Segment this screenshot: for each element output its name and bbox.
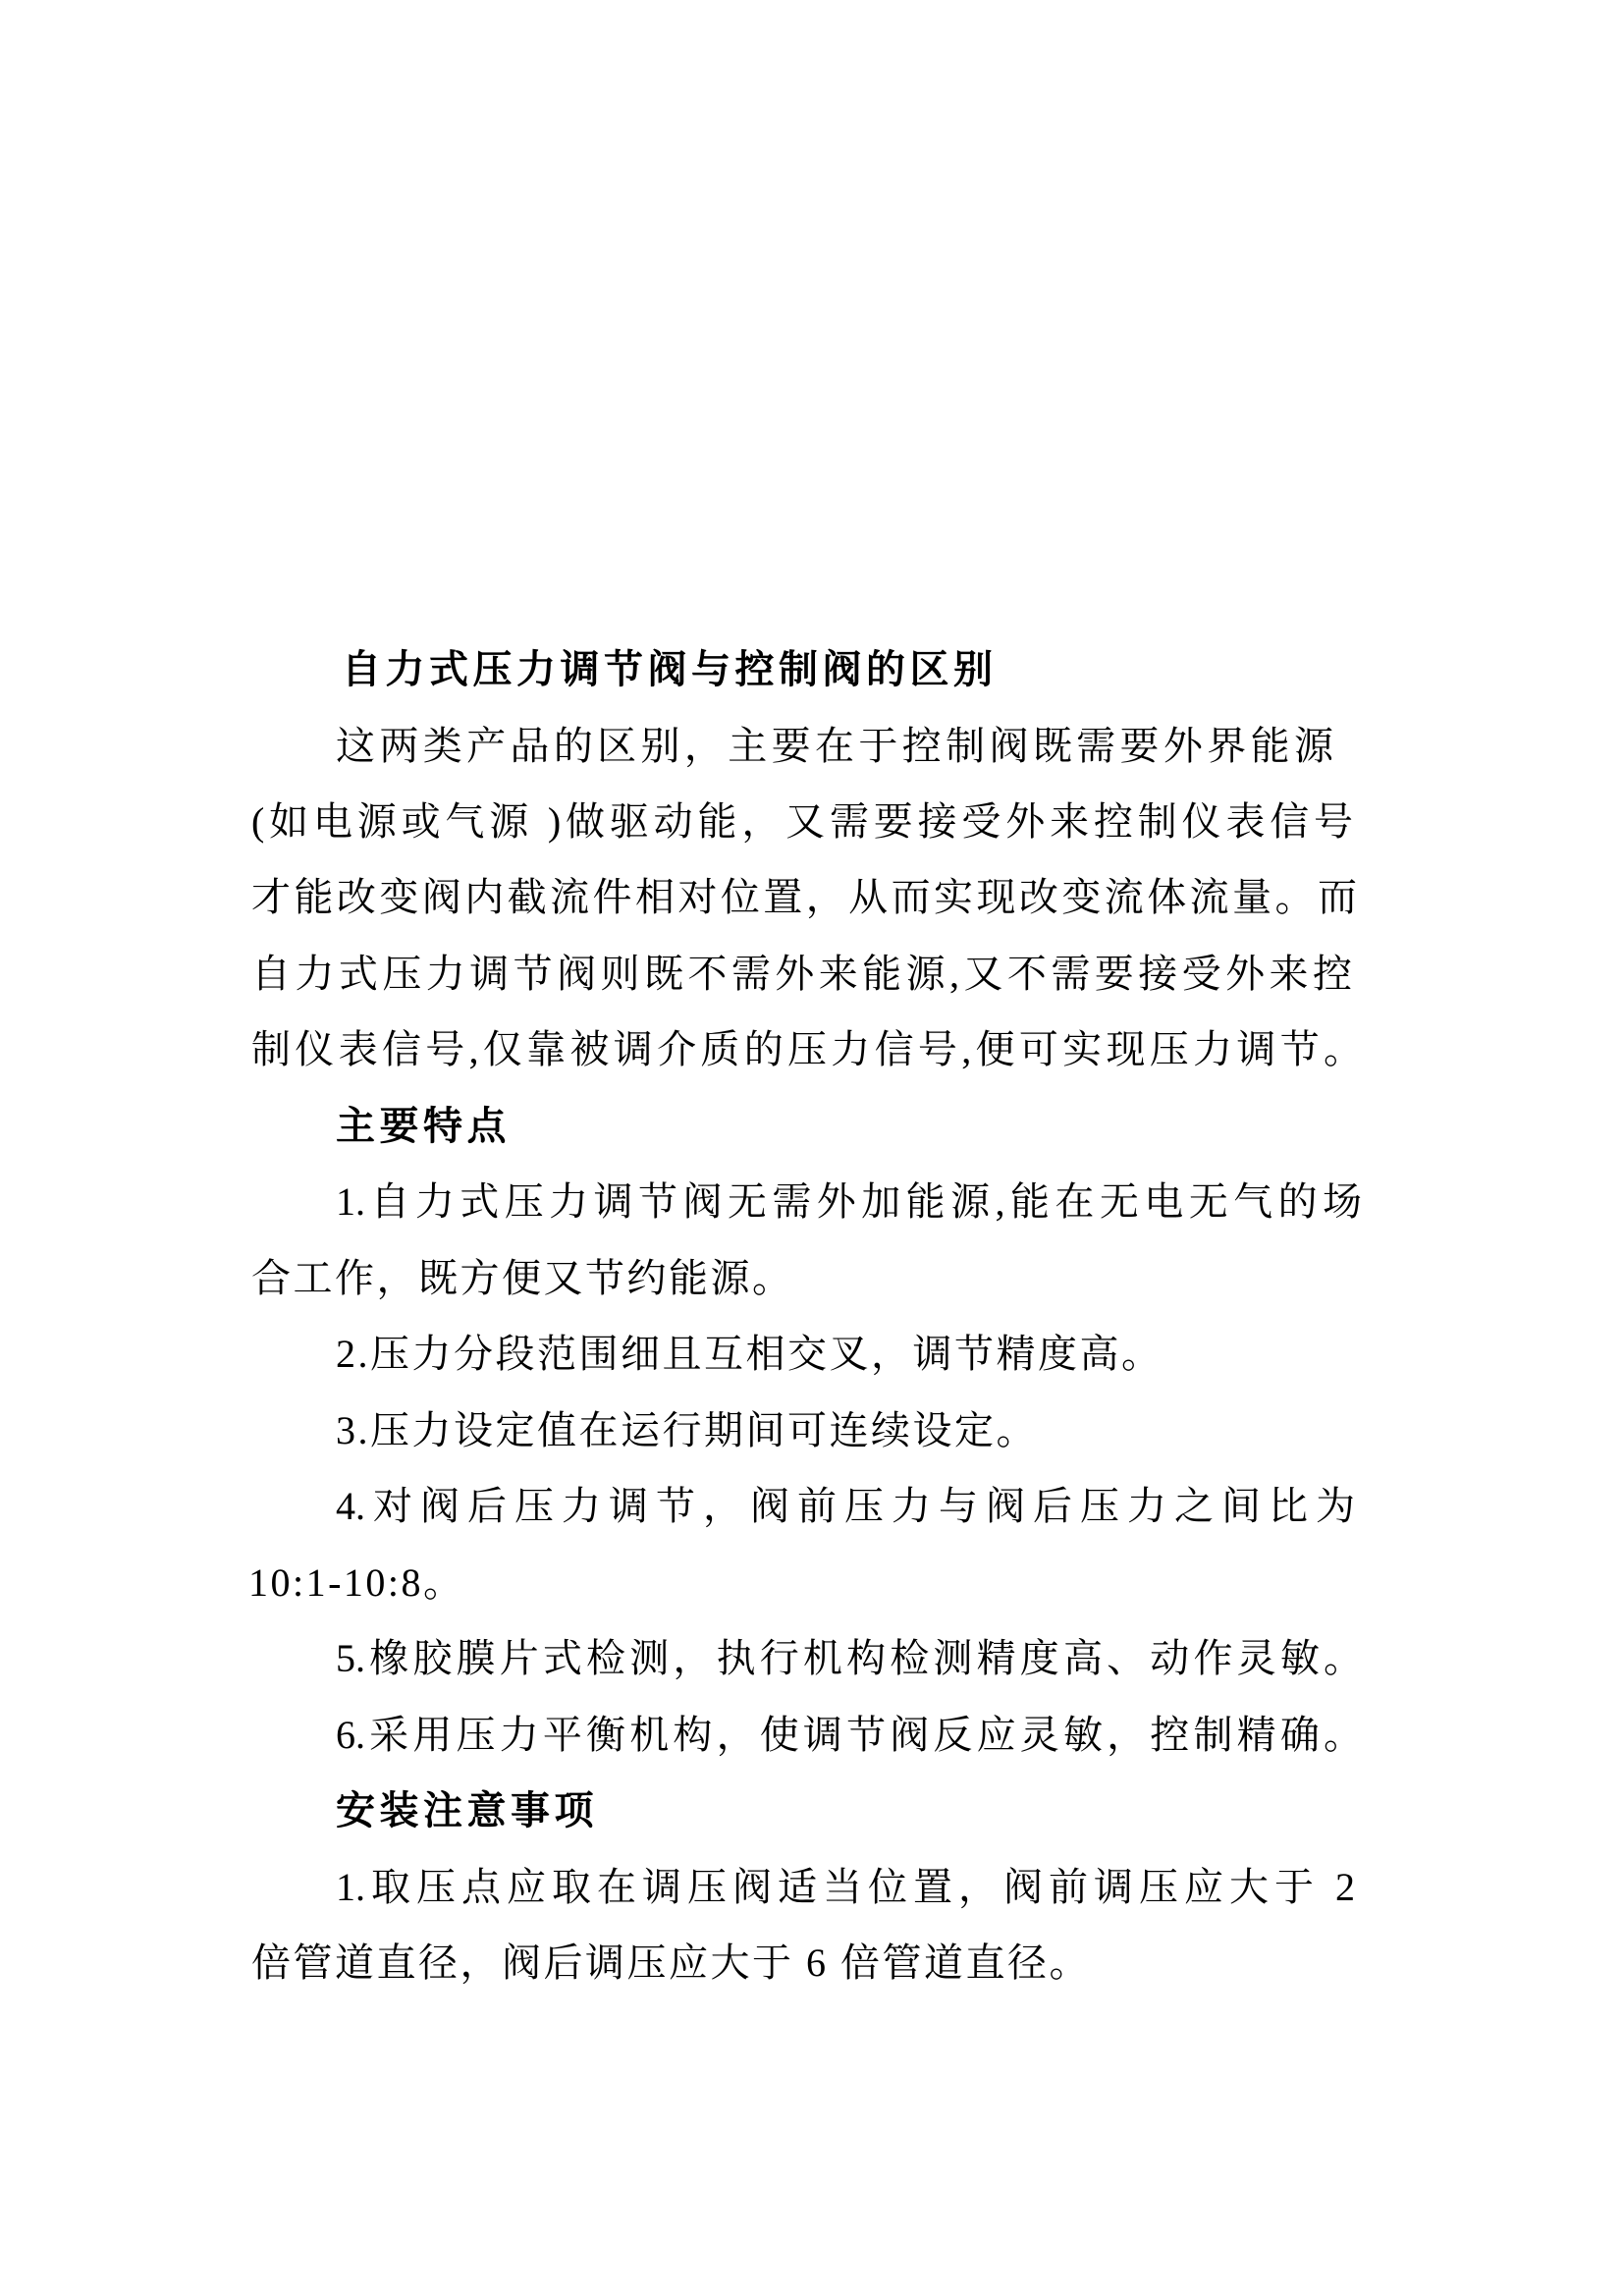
document-title: 自力式压力调节阀与控制阀的区别 [342, 650, 998, 689]
section-heading: 安装注意事项 [336, 1791, 598, 1831]
text-line: 自力式压力调节阀则既不需外来能源,又不需要接受外来控 [251, 955, 1352, 994]
text-line: 这两类产品的区别，主要在于控制阀既需要外界能源 [336, 727, 1333, 766]
text-line: 5.橡胶膜片式检测，执行机构检测精度高、动作灵敏。 [336, 1639, 1363, 1678]
document-page: 自力式压力调节阀与控制阀的区别这两类产品的区别，主要在于控制阀既需要外界能源(如… [0, 0, 1623, 2296]
text-line: 3.压力设定值在运行期间可连续设定。 [336, 1411, 1038, 1450]
text-line: 10:1-10:8。 [248, 1563, 465, 1603]
text-line: 倍管道直径，阀后调压应大于 6 倍管道直径。 [251, 1943, 1091, 1983]
text-line: 6.采用压力平衡机构，使调节阀反应灵敏，控制精确。 [336, 1716, 1363, 1755]
text-line: 制仪表信号,仅靠被调介质的压力信号,便可实现压力调节。 [251, 1030, 1363, 1069]
text-line: (如电源或气源 )做驱动能，又需要接受外来控制仪表信号 [251, 802, 1353, 842]
text-line: 4.对阀后压力调节，阀前压力与阀后压力之间比为 [336, 1487, 1355, 1526]
text-line: 合工作，既方便又节约能源。 [251, 1259, 794, 1298]
text-line: 2.压力分段范围细且互相交叉，调节精度高。 [336, 1335, 1163, 1374]
text-line: 1.取压点应取在调压阀适当位置，阀前调压应大于 2 [336, 1868, 1355, 1907]
text-line: 1.自力式压力调节阀无需外加能源,能在无电无气的场 [336, 1182, 1362, 1222]
section-heading: 主要特点 [336, 1107, 511, 1146]
text-line: 才能改变阀内截流件相对位置，从而实现改变流体流量。而 [251, 878, 1357, 917]
